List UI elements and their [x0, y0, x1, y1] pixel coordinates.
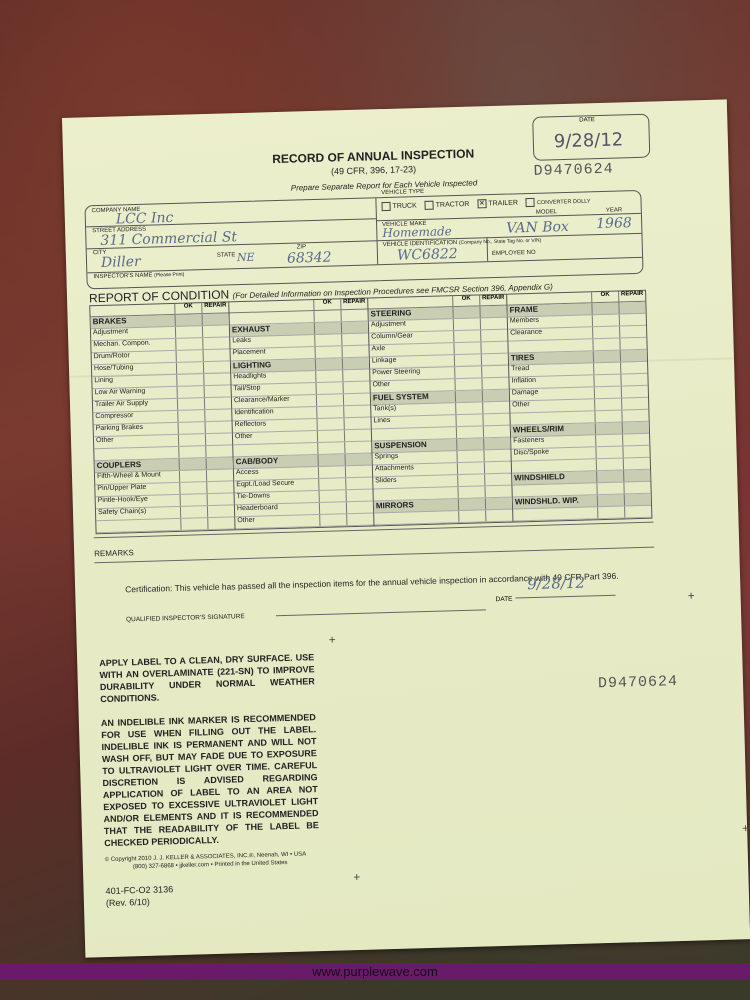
ok-checkbox[interactable] [454, 366, 481, 378]
repair-checkbox[interactable] [342, 370, 369, 382]
ok-checkbox[interactable] [319, 502, 346, 514]
condition-column: OKREPAIREXHAUSTLeaksPlacementLIGHTINGHea… [229, 299, 374, 530]
date-box: DATE 9/28/12 [532, 114, 650, 161]
crosshair-mark-icon: + [742, 821, 749, 835]
ok-checkbox[interactable] [317, 430, 344, 442]
ok-checkbox[interactable] [592, 315, 619, 327]
ok-checkbox[interactable] [594, 410, 621, 422]
ok-checkbox[interactable] [457, 486, 484, 498]
condition-column: OKREPAIRFRAMEMembersClearanceTIRESTreadI… [507, 291, 651, 522]
repair-checkbox[interactable] [207, 493, 234, 505]
ok-header: OK [313, 299, 340, 310]
ok-checkbox[interactable] [318, 478, 345, 490]
repair-checkbox[interactable] [204, 409, 231, 421]
city-field[interactable]: Diller [101, 254, 141, 271]
ok-checkbox[interactable] [457, 474, 484, 486]
ok-checkbox[interactable] [596, 482, 623, 494]
remarks-line[interactable] [94, 547, 654, 564]
repair-header: REPAIR [201, 302, 228, 313]
state-field[interactable]: NE [237, 251, 255, 264]
repair-checkbox[interactable] [623, 458, 650, 470]
form-number: 401-FC-O2 3136 (Rev. 6/10) [105, 883, 173, 909]
ok-checkbox [452, 306, 479, 318]
ok-checkbox[interactable] [178, 446, 205, 458]
date-value: 9/28/12 [554, 129, 624, 152]
notice-label-application: APPLY LABEL TO A CLEAN, DRY SURFACE. USE… [99, 651, 315, 705]
repair-checkbox[interactable] [619, 314, 646, 326]
ok-checkbox [458, 498, 485, 510]
ok-checkbox[interactable] [179, 482, 206, 494]
repair-checkbox [622, 422, 649, 434]
inspector-signature-label: QUALIFIED INSPECTOR'S SIGNATURE [126, 613, 245, 623]
ok-checkbox[interactable] [456, 426, 483, 438]
serial-number-bottom: D9470624 [598, 673, 678, 692]
repair-checkbox[interactable] [485, 510, 512, 522]
ok-checkbox [595, 422, 622, 434]
ok-checkbox[interactable] [177, 410, 204, 422]
ok-checkbox[interactable] [317, 418, 344, 430]
model-field[interactable]: VAN Box [506, 219, 569, 237]
repair-checkbox[interactable] [344, 441, 371, 453]
ok-checkbox[interactable] [453, 342, 480, 354]
employee-no-label: EMPLOYEE NO [492, 250, 536, 257]
repair-checkbox[interactable] [203, 361, 230, 373]
repair-checkbox[interactable] [620, 362, 647, 374]
item-label [96, 519, 180, 532]
vehicle-type-label: VEHICLE TYPE [381, 189, 424, 196]
vehicle-id-field[interactable]: WC6822 [397, 246, 458, 264]
vehicle-type-tractor[interactable]: TRACTOR [425, 200, 470, 210]
ok-checkbox[interactable] [597, 506, 624, 518]
ok-checkbox[interactable] [175, 338, 202, 350]
ok-checkbox[interactable] [319, 514, 346, 526]
ok-checkbox[interactable] [593, 375, 620, 387]
year-field[interactable]: 1968 [596, 215, 632, 232]
repair-checkbox[interactable] [623, 482, 650, 494]
repair-checkbox[interactable] [346, 513, 373, 525]
ok-checkbox[interactable] [178, 422, 205, 434]
repair-checkbox [344, 453, 371, 465]
ok-checkbox[interactable] [594, 398, 621, 410]
ok-checkbox[interactable] [316, 406, 343, 418]
ok-checkbox[interactable] [316, 394, 343, 406]
repair-checkbox[interactable] [344, 429, 371, 441]
repair-checkbox[interactable] [343, 394, 370, 406]
repair-checkbox[interactable] [622, 434, 649, 446]
repair-checkbox [623, 470, 650, 482]
checkbox-icon [425, 201, 434, 210]
ok-checkbox[interactable] [313, 310, 340, 322]
ok-checkbox[interactable] [314, 334, 341, 346]
divider [375, 198, 378, 264]
notice-indelible-ink: AN INDELIBLE INK MARKER IS RECOMMENDED F… [101, 711, 320, 849]
ok-checkbox[interactable] [179, 470, 206, 482]
ok-checkbox [175, 314, 202, 326]
ok-checkbox[interactable] [458, 510, 485, 522]
item-label [513, 507, 597, 520]
inspection-item-row [374, 510, 512, 526]
ok-checkbox[interactable] [454, 378, 481, 390]
header-fields-box: COMPANY NAME LCC Inc STREET ADDRESS 311 … [84, 190, 643, 290]
repair-checkbox[interactable] [483, 426, 510, 438]
zip-field[interactable]: 68342 [287, 250, 332, 267]
repair-checkbox[interactable] [205, 421, 232, 433]
checkbox-icon [381, 202, 390, 211]
repair-checkbox[interactable] [481, 354, 508, 366]
repair-checkbox [620, 350, 647, 362]
repair-checkbox[interactable] [343, 418, 370, 430]
repair-checkbox[interactable] [346, 501, 373, 513]
repair-checkbox[interactable] [481, 366, 508, 378]
repair-checkbox[interactable] [203, 349, 230, 361]
repair-checkbox [482, 390, 509, 402]
form-code: 401-FC-O2 3136 [105, 883, 173, 897]
year-label: YEAR [606, 207, 623, 213]
checkbox-icon [526, 198, 535, 207]
date-label: DATE [579, 117, 595, 123]
repair-checkbox[interactable] [481, 378, 508, 390]
ok-header: OK [591, 292, 618, 303]
street-address-field[interactable]: 311 Commercial St [100, 229, 237, 249]
ok-checkbox[interactable] [314, 346, 341, 358]
inspection-item-row [513, 506, 651, 522]
repair-checkbox [206, 457, 233, 469]
repair-checkbox[interactable] [206, 469, 233, 481]
condition-grid: OKREPAIRBRAKESAdjustmentMechan. Compon.D… [89, 290, 652, 534]
ok-checkbox[interactable] [315, 370, 342, 382]
ok-checkbox [455, 390, 482, 402]
ok-header: OK [174, 303, 201, 314]
certification-date-field[interactable]: 9/28/12 [527, 574, 585, 594]
repair-checkbox[interactable] [205, 445, 232, 457]
repair-checkbox[interactable] [482, 414, 509, 426]
ok-checkbox[interactable] [319, 490, 346, 502]
repair-checkbox[interactable] [346, 489, 373, 501]
vehicle-type-truck[interactable]: TRUCK [381, 201, 416, 211]
vehicle-type-options: TRUCK TRACTOR ✕TRAILER CONVERTER DOLLY [381, 196, 590, 211]
ok-checkbox [318, 454, 345, 466]
repair-checkbox[interactable] [621, 386, 648, 398]
repair-checkbox [483, 438, 510, 450]
ok-checkbox[interactable] [594, 387, 621, 399]
vehicle-make-field[interactable]: Homemade [382, 224, 452, 240]
ok-checkbox[interactable] [453, 318, 480, 330]
repair-checkbox[interactable] [207, 517, 234, 529]
item-label [374, 511, 458, 524]
vehicle-type-converter-dolly[interactable]: CONVERTER DOLLY [526, 196, 591, 207]
ok-checkbox [456, 438, 483, 450]
ok-checkbox[interactable] [177, 398, 204, 410]
repair-checkbox[interactable] [483, 450, 510, 462]
ok-checkbox[interactable] [455, 402, 482, 414]
repair-checkbox[interactable] [624, 506, 651, 518]
ok-checkbox [596, 470, 623, 482]
ok-checkbox[interactable] [596, 458, 623, 470]
item-label: Other [235, 515, 319, 528]
ok-checkbox[interactable] [177, 386, 204, 398]
divider [87, 257, 642, 273]
ok-checkbox[interactable] [593, 363, 620, 375]
ok-checkbox[interactable] [180, 506, 207, 518]
inspector-name-label: INSPECTOR'S NAME (Please Print) [93, 272, 184, 281]
ok-checkbox[interactable] [595, 446, 622, 458]
repair-header: REPAIR [479, 295, 506, 306]
inspection-form: RECORD OF ANNUAL INSPECTION (49 CFR, 396… [62, 99, 750, 957]
repair-checkbox[interactable] [345, 465, 372, 477]
repair-checkbox[interactable] [202, 337, 229, 349]
repair-checkbox[interactable] [482, 402, 509, 414]
ok-checkbox[interactable] [315, 382, 342, 394]
repair-checkbox[interactable] [341, 346, 368, 358]
ok-checkbox [179, 458, 206, 470]
checkbox-checked-icon: ✕ [477, 199, 486, 208]
repair-checkbox [202, 313, 229, 325]
ok-checkbox[interactable] [457, 462, 484, 474]
repair-checkbox[interactable] [207, 505, 234, 517]
repair-checkbox[interactable] [484, 462, 511, 474]
repair-checkbox[interactable] [484, 486, 511, 498]
repair-checkbox[interactable] [340, 310, 367, 322]
ok-checkbox[interactable] [595, 434, 622, 446]
repair-checkbox[interactable] [480, 318, 507, 330]
repair-checkbox[interactable] [619, 326, 646, 338]
ok-checkbox[interactable] [453, 330, 480, 342]
ok-checkbox[interactable] [176, 350, 203, 362]
repair-checkbox[interactable] [480, 330, 507, 342]
repair-checkbox[interactable] [484, 474, 511, 486]
form-revision: (Rev. 6/10) [106, 895, 174, 909]
company-name-field[interactable]: LCC Inc [116, 210, 174, 228]
ok-checkbox[interactable] [180, 518, 207, 530]
model-label: MODEL [536, 209, 558, 216]
repair-checkbox[interactable] [204, 385, 231, 397]
ok-checkbox[interactable] [456, 450, 483, 462]
ok-checkbox[interactable] [176, 374, 203, 386]
repair-checkbox[interactable] [345, 477, 372, 489]
ok-checkbox [591, 303, 618, 315]
inspection-item-row [96, 517, 234, 533]
repair-checkbox [624, 494, 651, 506]
condition-column: OKREPAIRBRAKESAdjustmentMechan. Compon.D… [90, 302, 235, 533]
serial-number-top: D9470624 [533, 161, 613, 180]
ok-checkbox[interactable] [178, 434, 205, 446]
certification-date-line [516, 595, 616, 599]
state-label: STATE [217, 252, 236, 259]
watermark-text: www.purplewave.com [312, 964, 438, 979]
ok-checkbox[interactable] [180, 494, 207, 506]
ok-checkbox[interactable] [455, 414, 482, 426]
watermark-banner: www.purplewave.com [0, 963, 750, 980]
ok-checkbox[interactable] [454, 354, 481, 366]
repair-checkbox [479, 306, 506, 318]
repair-checkbox [618, 302, 645, 314]
repair-checkbox [341, 322, 368, 334]
repair-checkbox[interactable] [204, 397, 231, 409]
repair-checkbox[interactable] [620, 374, 647, 386]
inspection-item-row: Other [235, 513, 373, 529]
ok-checkbox[interactable] [318, 466, 345, 478]
repair-checkbox[interactable] [203, 373, 230, 385]
remarks-label: REMARKS [94, 548, 134, 558]
condition-column: OKREPAIRSTEERINGAdjustmentColumn/GearAxl… [368, 295, 513, 526]
repair-header: REPAIR [340, 299, 367, 310]
repair-checkbox[interactable] [480, 342, 507, 354]
repair-checkbox[interactable] [619, 338, 646, 350]
ok-checkbox[interactable] [176, 362, 203, 374]
repair-checkbox[interactable] [343, 406, 370, 418]
certification-date-label: DATE [496, 596, 513, 603]
ok-checkbox [315, 358, 342, 370]
repair-checkbox[interactable] [342, 382, 369, 394]
ok-checkbox [314, 322, 341, 334]
ok-checkbox [597, 494, 624, 506]
crosshair-mark-icon: + [687, 589, 694, 603]
crosshair-mark-icon: + [353, 870, 360, 884]
repair-checkbox[interactable] [341, 334, 368, 346]
ok-checkbox[interactable] [175, 326, 202, 338]
repair-checkbox[interactable] [206, 481, 233, 493]
vehicle-type-trailer[interactable]: ✕TRAILER [477, 198, 518, 208]
ok-checkbox[interactable] [592, 339, 619, 351]
inspector-signature-field[interactable] [276, 609, 486, 616]
repair-checkbox[interactable] [202, 325, 229, 337]
ok-checkbox [593, 351, 620, 363]
repair-checkbox[interactable] [622, 446, 649, 458]
repair-checkbox[interactable] [205, 433, 232, 445]
repair-checkbox[interactable] [621, 398, 648, 410]
repair-checkbox [485, 498, 512, 510]
ok-checkbox[interactable] [592, 327, 619, 339]
ok-checkbox[interactable] [317, 442, 344, 454]
crosshair-mark-icon: + [328, 633, 335, 647]
repair-header: REPAIR [618, 291, 645, 302]
ok-header: OK [452, 295, 479, 306]
repair-checkbox[interactable] [621, 410, 648, 422]
repair-checkbox [342, 358, 369, 370]
